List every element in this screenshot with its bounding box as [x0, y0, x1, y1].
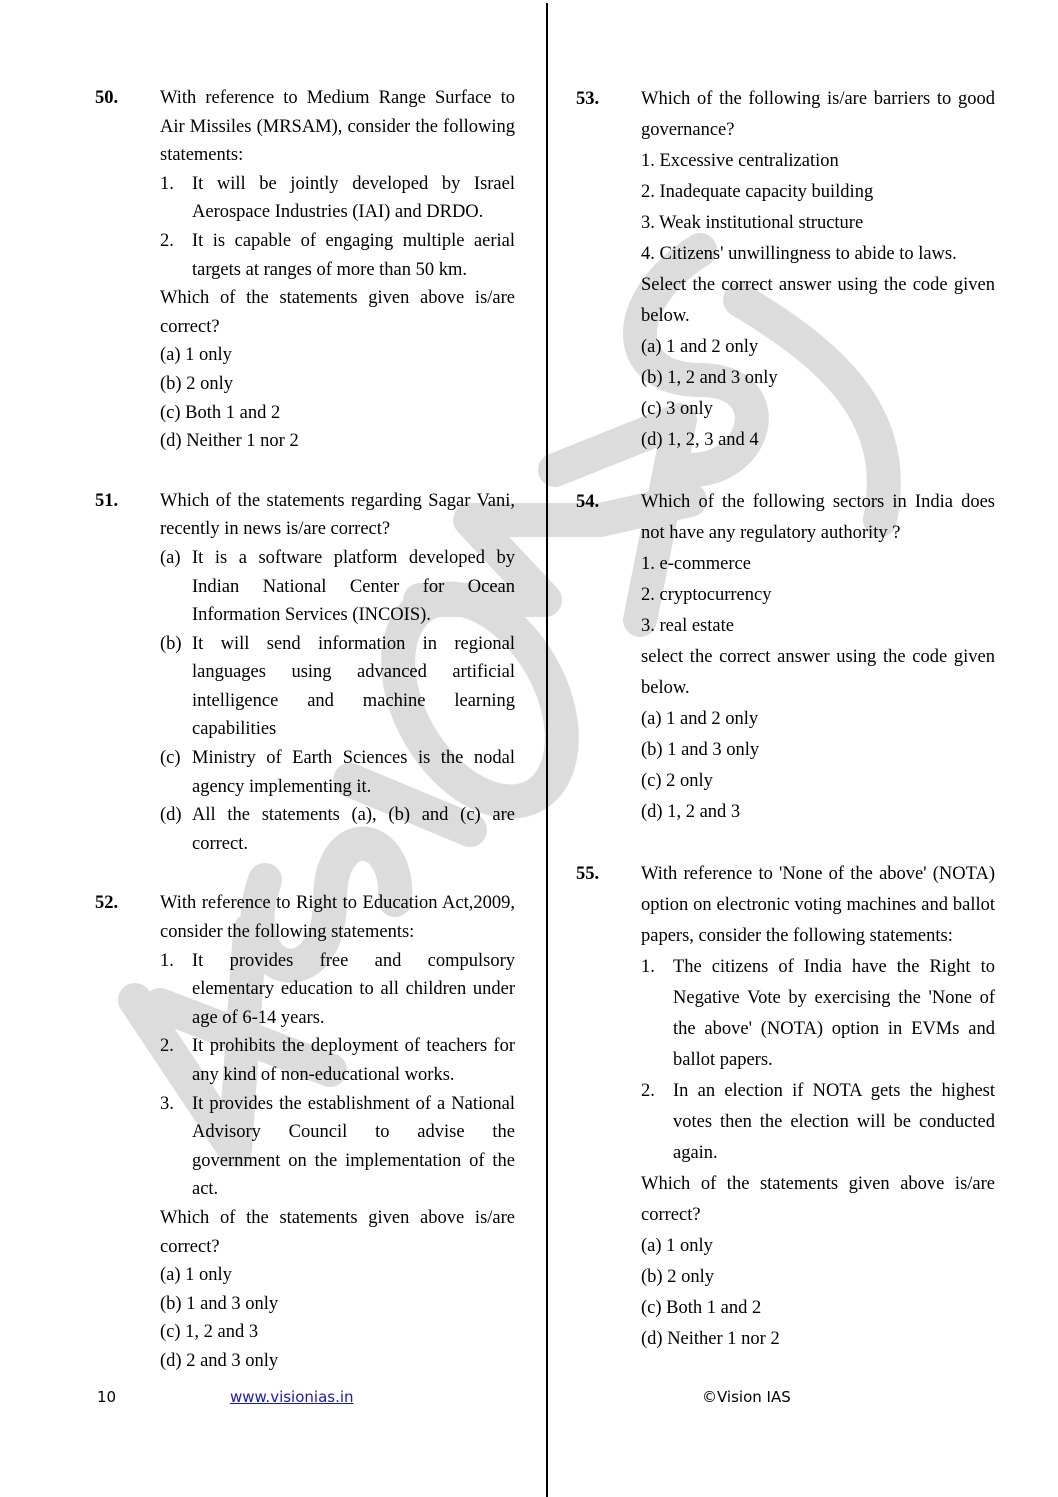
copyright-notice: ©Vision IAS: [702, 1388, 791, 1406]
question-54: 54. Which of the following sectors in In…: [576, 487, 995, 828]
statement-text: It will be jointly developed by Israel A…: [192, 174, 515, 223]
statement-label: 2.: [160, 1032, 174, 1061]
option-c: (c) Ministry of Earth Sciences is the no…: [160, 744, 515, 801]
question-stem: With reference to Right to Education Act…: [160, 889, 515, 946]
question-prompt: Select the correct answer using the code…: [641, 270, 995, 332]
right-column: 53. Which of the following is/are barrie…: [576, 84, 995, 1355]
statement-label: 1.: [160, 947, 174, 976]
statement-text: In an election if NOTA gets the highest …: [673, 1081, 995, 1163]
list-item: 1. e-commerce: [641, 549, 995, 580]
statement-label: 3.: [160, 1090, 174, 1119]
question-prompt: Which of the statements given above is/a…: [160, 284, 515, 341]
column-divider: [546, 3, 548, 1497]
statement-text: It provides the establishment of a Natio…: [192, 1094, 515, 1200]
option-c: (c) 2 only: [641, 766, 995, 797]
question-52: 52. With reference to Right to Education…: [95, 889, 515, 1375]
question-number: 51.: [95, 487, 118, 516]
option-c: (c) 1, 2 and 3: [160, 1318, 515, 1347]
statement: 2. In an election if NOTA gets the highe…: [641, 1076, 995, 1169]
statement-text: It is capable of engaging multiple aeria…: [192, 231, 515, 280]
option-a: (a) It is a software platform developed …: [160, 544, 515, 630]
option-c: (c) Both 1 and 2: [160, 399, 515, 428]
statement-label: 2.: [641, 1076, 655, 1107]
left-column: 50. With reference to Medium Range Surfa…: [95, 84, 515, 1376]
statement: 2. It prohibits the deployment of teache…: [160, 1032, 515, 1089]
question-50: 50. With reference to Medium Range Surfa…: [95, 84, 515, 456]
option-d: (d) Neither 1 nor 2: [641, 1324, 995, 1355]
option-text: Ministry of Earth Sciences is the nodal …: [192, 748, 515, 797]
question-number: 53.: [576, 84, 599, 115]
statement-text: The citizens of India have the Right to …: [673, 957, 995, 1070]
statement-text: It prohibits the deployment of teachers …: [192, 1036, 515, 1085]
option-c: (c) 3 only: [641, 394, 995, 425]
option-b: (b) 2 only: [160, 370, 515, 399]
statement: 1. It provides free and compulsory eleme…: [160, 947, 515, 1033]
option-b: (b) It will send information in regional…: [160, 630, 515, 744]
question-stem: With reference to Medium Range Surface t…: [160, 84, 515, 170]
option-a: (a) 1 and 2 only: [641, 704, 995, 735]
question-prompt: Which of the statements given above is/a…: [641, 1169, 995, 1231]
list-item: 3. Weak institutional structure: [641, 208, 995, 239]
option-a: (a) 1 only: [160, 1261, 515, 1290]
option-label: (c): [160, 744, 181, 773]
option-b: (b) 1 and 3 only: [641, 735, 995, 766]
option-d: (d) 1, 2 and 3: [641, 797, 995, 828]
option-a: (a) 1 and 2 only: [641, 332, 995, 363]
question-prompt: select the correct answer using the code…: [641, 642, 995, 704]
option-d: (d) All the statements (a), (b) and (c) …: [160, 801, 515, 858]
question-stem: Which of the statements regarding Sagar …: [160, 487, 515, 544]
option-c: (c) Both 1 and 2: [641, 1293, 995, 1324]
option-text: All the statements (a), (b) and (c) are …: [192, 805, 515, 854]
option-d: (d) 1, 2, 3 and 4: [641, 425, 995, 456]
option-label: (d): [160, 801, 182, 830]
statement-text: It provides free and compulsory elementa…: [192, 951, 515, 1028]
option-label: (b): [160, 630, 182, 659]
option-b: (b) 1 and 3 only: [160, 1290, 515, 1319]
question-number: 50.: [95, 84, 118, 113]
statement-label: 1.: [641, 952, 655, 983]
question-stem: Which of the following is/are barriers t…: [641, 84, 995, 146]
statement: 1. It will be jointly developed by Israe…: [160, 170, 515, 227]
question-53: 53. Which of the following is/are barrie…: [576, 84, 995, 456]
list-item: 2. cryptocurrency: [641, 580, 995, 611]
website-link[interactable]: www.visionias.in: [230, 1388, 354, 1406]
question-number: 55.: [576, 859, 599, 890]
question-55: 55. With reference to 'None of the above…: [576, 859, 995, 1355]
question-51: 51. Which of the statements regarding Sa…: [95, 487, 515, 859]
option-a: (a) 1 only: [641, 1231, 995, 1262]
question-prompt: Which of the statements given above is/a…: [160, 1204, 515, 1261]
question-stem: With reference to 'None of the above' (N…: [641, 859, 995, 952]
statement: 1. The citizens of India have the Right …: [641, 952, 995, 1076]
option-b: (b) 2 only: [641, 1262, 995, 1293]
option-b: (b) 1, 2 and 3 only: [641, 363, 995, 394]
option-d: (d) Neither 1 nor 2: [160, 427, 515, 456]
page-number: 10: [97, 1388, 116, 1406]
statement-label: 1.: [160, 170, 174, 199]
option-text: It will send information in regional lan…: [192, 634, 515, 740]
question-number: 54.: [576, 487, 599, 518]
list-item: 1. Excessive centralization: [641, 146, 995, 177]
option-d: (d) 2 and 3 only: [160, 1347, 515, 1376]
list-item: 4. Citizens' unwillingness to abide to l…: [641, 239, 995, 270]
question-stem: Which of the following sectors in India …: [641, 487, 995, 549]
list-item: 2. Inadequate capacity building: [641, 177, 995, 208]
option-a: (a) 1 only: [160, 341, 515, 370]
question-number: 52.: [95, 889, 118, 918]
list-item: 3. real estate: [641, 611, 995, 642]
statement-label: 2.: [160, 227, 174, 256]
statement: 3. It provides the establishment of a Na…: [160, 1090, 515, 1204]
option-label: (a): [160, 544, 181, 573]
statement: 2. It is capable of engaging multiple ae…: [160, 227, 515, 284]
option-text: It is a software platform developed by I…: [192, 548, 515, 625]
